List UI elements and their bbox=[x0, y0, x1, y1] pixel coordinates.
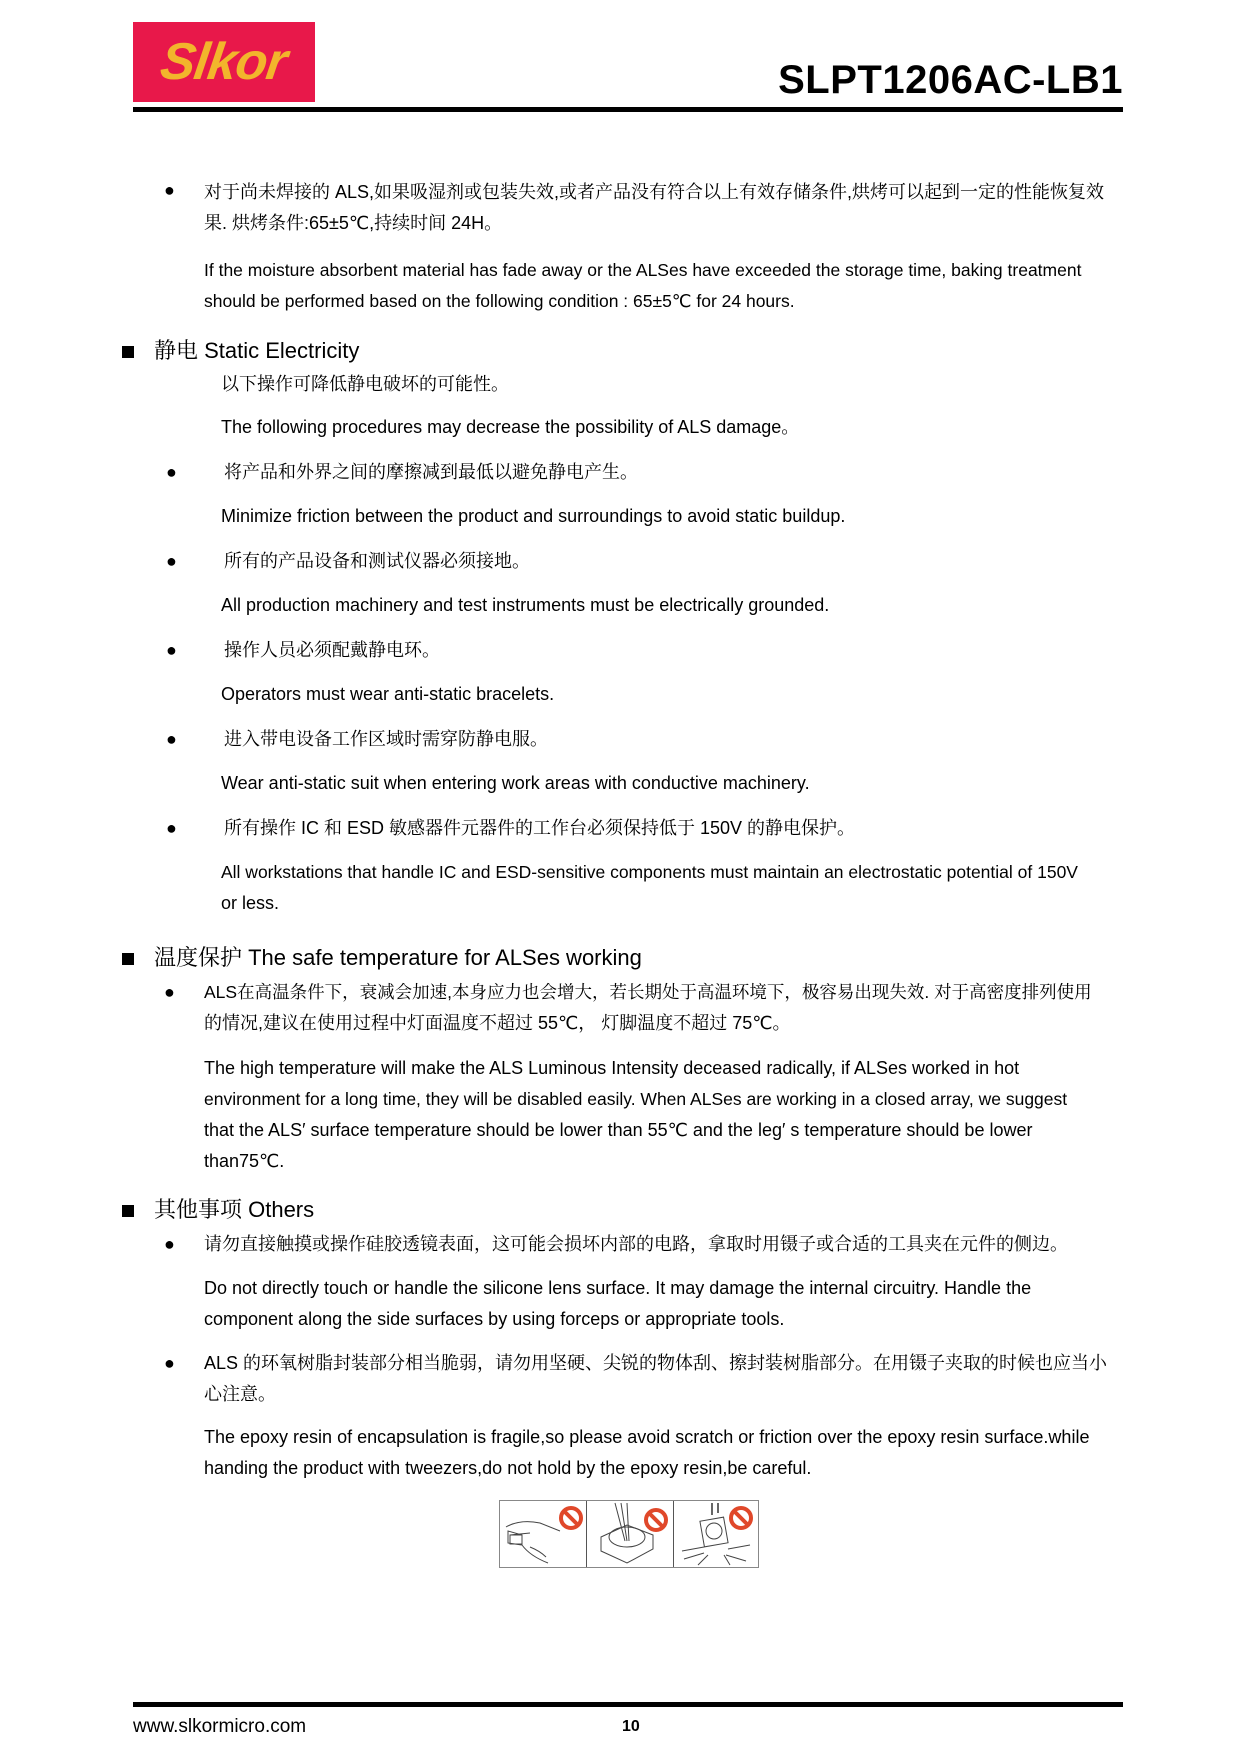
static-item-1-en: Minimize friction between the product an… bbox=[221, 501, 845, 532]
footer-website-link[interactable]: www.slkormicro.com bbox=[133, 1716, 306, 1738]
static-item-5-en: All workstations that handle IC and ESD-… bbox=[221, 857, 1078, 888]
static-heading: 静电 Static Electricity bbox=[154, 335, 359, 366]
no-tweezers-press-panel bbox=[587, 1501, 674, 1567]
others-heading: 其他事项 Others bbox=[154, 1194, 314, 1225]
header-rule bbox=[133, 107, 1123, 112]
static-item-3-cn: 操作人员必须配戴静电环。 bbox=[224, 635, 440, 666]
temp-en-line3: that the ALS′ surface temperature should… bbox=[204, 1115, 1032, 1146]
static-item-5-en-cont: or less. bbox=[221, 888, 279, 919]
static-item-1-cn: 将产品和外界之间的摩擦减到最低以避免静电产生。 bbox=[224, 457, 638, 488]
prohibited-icon bbox=[643, 1507, 669, 1533]
temp-en-line2: environment for a long time, they will b… bbox=[204, 1084, 1067, 1115]
static-item-4-cn: 进入带电设备工作区域时需穿防静电服。 bbox=[224, 724, 548, 755]
static-item-5-cn: 所有操作 IC 和 ESD 敏感器件元器件的工作台必须保持低于 150V 的静电… bbox=[224, 813, 855, 844]
bullet-icon: ● bbox=[164, 180, 175, 201]
others-item2-cn-line2: 心注意。 bbox=[204, 1379, 276, 1410]
bullet-icon: ● bbox=[164, 982, 175, 1003]
bullet-icon: ● bbox=[164, 1353, 175, 1374]
part-number-title: SLPT1206AC-LB1 bbox=[778, 58, 1123, 103]
bullet-icon: ● bbox=[166, 462, 177, 483]
static-intro-en: The following procedures may decrease th… bbox=[221, 412, 799, 443]
footer-rule bbox=[133, 1702, 1123, 1707]
static-item-2-en: All production machinery and test instru… bbox=[221, 590, 829, 621]
bullet-icon: ● bbox=[166, 640, 177, 661]
static-item-3-en: Operators must wear anti-static bracelet… bbox=[221, 679, 554, 710]
logo-text: Slkor bbox=[157, 32, 290, 92]
temp-en-line4: than75℃. bbox=[204, 1146, 284, 1177]
section-square-icon bbox=[122, 346, 134, 358]
slkor-logo: Slkor bbox=[133, 22, 315, 102]
temp-cn-line2: 的情况,建议在使用过程中灯面温度不超过 55℃， 灯脚温度不超过 75℃。 bbox=[204, 1008, 790, 1039]
static-intro-cn: 以下操作可降低静电破坏的可能性。 bbox=[221, 369, 509, 400]
bullet-icon: ● bbox=[164, 1234, 175, 1255]
storage-cn-line1: 对于尚未焊接的 ALS,如果吸湿剂或包装失效,或者产品没有符合以上有效存储条件,… bbox=[204, 177, 1104, 208]
static-item-2-cn: 所有的产品设备和测试仪器必须接地。 bbox=[224, 546, 530, 577]
temperature-heading: 温度保护 The safe temperature for ALSes work… bbox=[154, 942, 642, 973]
storage-en-line2: should be performed based on the followi… bbox=[204, 286, 795, 317]
bullet-icon: ● bbox=[166, 551, 177, 572]
page-number: 10 bbox=[622, 1718, 640, 1736]
storage-en-line1: If the moisture absorbent material has f… bbox=[204, 255, 1081, 286]
static-item-4-en: Wear anti-static suit when entering work… bbox=[221, 768, 810, 799]
others-item2-en-line1: The epoxy resin of encapsulation is frag… bbox=[204, 1422, 1089, 1453]
others-item2-cn-line1: ALS 的环氧树脂封装部分相当脆弱，请勿用坚硬、尖锐的物体刮、擦封装树脂部分。在… bbox=[204, 1348, 1107, 1379]
others-item1-cn: 请勿直接触摸或操作硅胶透镜表面，这可能会损坏内部的电路，拿取时用镊子或合适的工具… bbox=[204, 1229, 1068, 1260]
prohibited-icon bbox=[558, 1505, 584, 1531]
prohibited-icon bbox=[728, 1505, 754, 1531]
others-item1-en-line1: Do not directly touch or handle the sili… bbox=[204, 1273, 1031, 1304]
bullet-icon: ● bbox=[166, 818, 177, 839]
others-item1-en-line2: component along the side surfaces by usi… bbox=[204, 1304, 784, 1335]
handling-illustration bbox=[499, 1500, 759, 1568]
temp-en-line1: The high temperature will make the ALS L… bbox=[204, 1053, 1019, 1084]
no-drop-panel bbox=[674, 1501, 760, 1567]
no-finger-touch-panel bbox=[500, 1501, 587, 1567]
others-item2-en-line2: handing the product with tweezers,do not… bbox=[204, 1453, 811, 1484]
temp-cn-line1: ALS在高温条件下，衰减会加速,本身应力也会增大，若长期处于高温环境下，极容易出… bbox=[204, 977, 1092, 1008]
storage-cn-line2: 果. 烘烤条件:65±5℃,持续时间 24H。 bbox=[204, 208, 502, 239]
bullet-icon: ● bbox=[166, 729, 177, 750]
section-square-icon bbox=[122, 953, 134, 965]
section-square-icon bbox=[122, 1205, 134, 1217]
